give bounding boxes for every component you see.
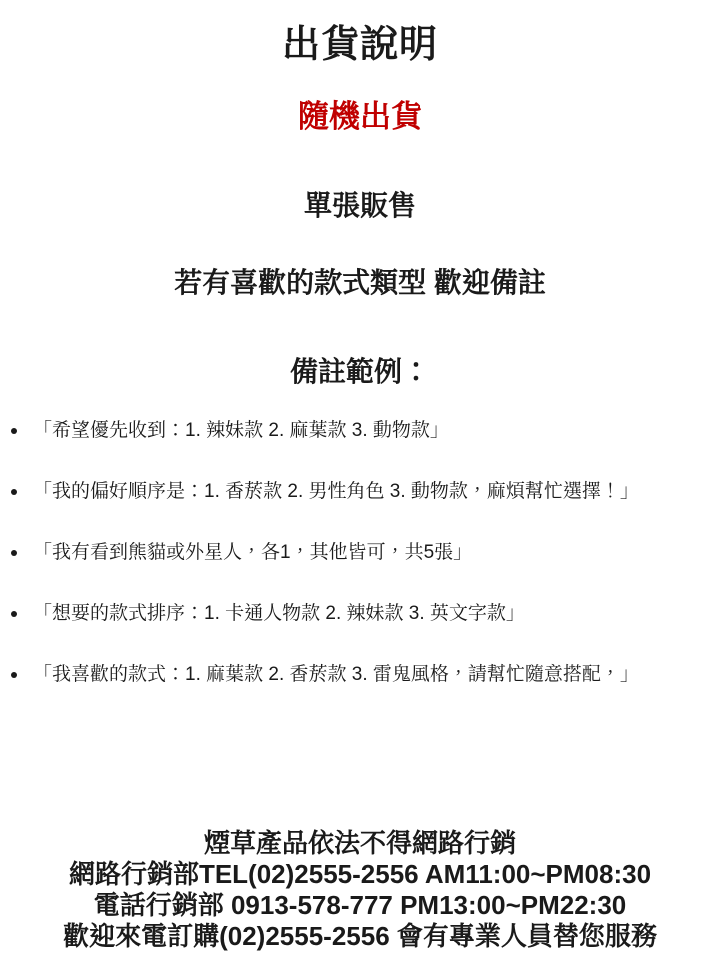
example-text: 「希望優先收到：1. 辣妹款 2. 麻葉款 3. 動物款」 [33, 419, 449, 443]
example-item: 「希望優先收到：1. 辣妹款 2. 麻葉款 3. 動物款」 [0, 419, 720, 480]
random-shipment-highlight: 隨機出貨 [0, 91, 720, 136]
footer-phone-marketing-line: 電話行銷部 0913-578-777 PM13:00~PM22:30 [0, 890, 720, 921]
footer-web-marketing-line: 網路行銷部TEL(02)2555-2556 AM11:00~PM08:30 [0, 859, 720, 890]
example-item: 「我有看到熊貓或外星人，各1，其他皆可，共5張」 [0, 541, 720, 602]
contact-footer: 煙草產品依法不得網路行銷 網路行銷部TEL(02)2555-2556 AM11:… [0, 828, 720, 952]
bullet-icon [11, 550, 17, 556]
examples-heading: 備註範例： [0, 350, 720, 390]
example-item: 「我的偏好順序是：1. 香菸款 2. 男性角色 3. 動物款，麻煩幫忙選擇！」 [0, 480, 720, 541]
single-sheet-subtitle: 單張販售 [0, 184, 720, 224]
footer-order-line: 歡迎來電訂購(02)2555-2556 會有專業人員替您服務 [0, 921, 720, 952]
bullet-icon [11, 611, 17, 617]
example-text: 「想要的款式排序：1. 卡通人物款 2. 辣妹款 3. 英文字款」 [33, 602, 525, 626]
example-text: 「我喜歡的款式：1. 麻葉款 2. 香菸款 3. 雷鬼風格，請幫忙隨意搭配，」 [33, 663, 639, 687]
bullet-icon [11, 428, 17, 434]
preference-note-subtitle: 若有喜歡的款式類型 歡迎備註 [0, 261, 720, 301]
bullet-icon [11, 672, 17, 678]
example-item: 「想要的款式排序：1. 卡通人物款 2. 辣妹款 3. 英文字款」 [0, 602, 720, 663]
page-title: 出貨說明 [0, 13, 720, 68]
footer-legal-line: 煙草產品依法不得網路行銷 [0, 828, 720, 859]
shipping-notice-page: { "page": { "title": "出貨說明", "highlight"… [0, 0, 720, 960]
bullet-icon [11, 489, 17, 495]
example-text: 「我的偏好順序是：1. 香菸款 2. 男性角色 3. 動物款，麻煩幫忙選擇！」 [33, 480, 639, 504]
examples-list: 「希望優先收到：1. 辣妹款 2. 麻葉款 3. 動物款」 「我的偏好順序是：1… [0, 419, 720, 724]
example-item: 「我喜歡的款式：1. 麻葉款 2. 香菸款 3. 雷鬼風格，請幫忙隨意搭配，」 [0, 663, 720, 724]
example-text: 「我有看到熊貓或外星人，各1，其他皆可，共5張」 [33, 541, 472, 565]
